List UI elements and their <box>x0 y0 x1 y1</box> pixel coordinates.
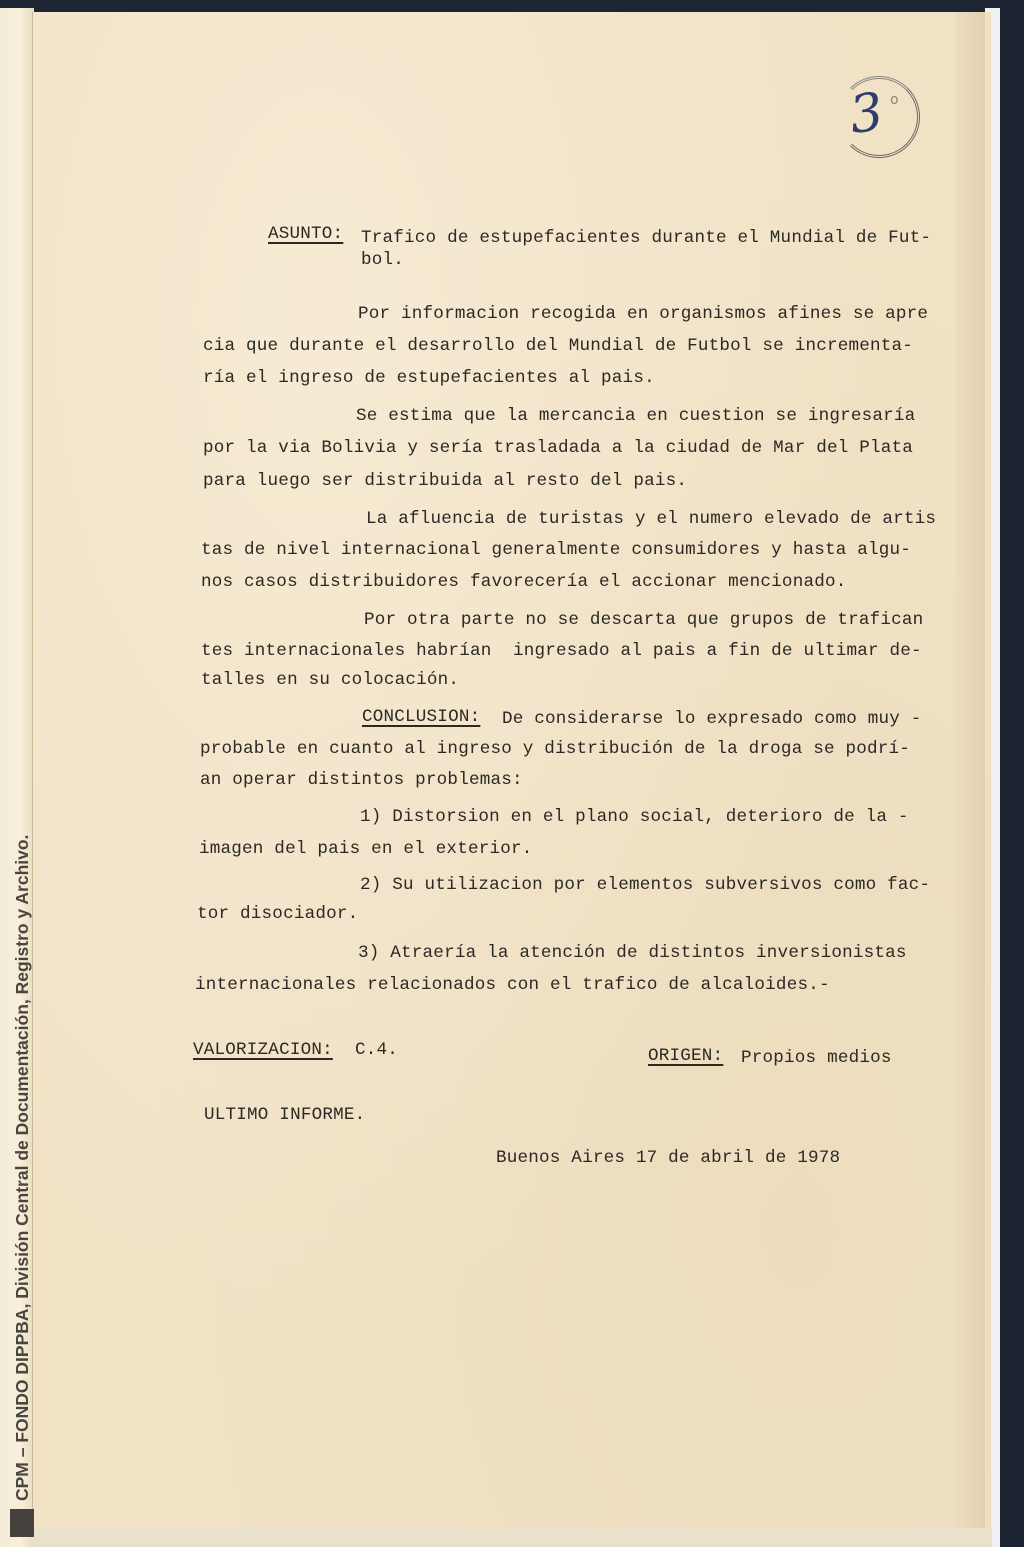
valorizacion-value: C.4. <box>355 1042 398 1060</box>
valorizacion-label: VALORIZACION: <box>193 1042 333 1060</box>
closing-note: ULTIMO INFORME. <box>204 1107 365 1125</box>
paragraph-2-line-2: por la via Bolivia y sería trasladada a … <box>203 440 913 458</box>
folio-superscript: o <box>890 92 899 108</box>
paragraph-1-line-1: Por informacion recogida en organismos a… <box>358 306 928 324</box>
origen-label: ORIGEN: <box>648 1048 723 1066</box>
place-and-date: Buenos Aires 17 de abril de 1978 <box>496 1150 840 1168</box>
conclusion-line-1: De considerarse lo expresado como muy - <box>502 711 922 729</box>
paragraph-4-line-3: talles en su colocación. <box>201 672 459 690</box>
paragraph-1-line-3: ría el ingreso de estupefacientes al pai… <box>203 370 655 388</box>
paragraph-2-line-3: para luego ser distribuida al resto del … <box>203 473 687 491</box>
conclusion-item-3-line-1: 3) Atraería la atención de distintos inv… <box>358 945 907 963</box>
paragraph-1-line-2: cia que durante el desarrollo del Mundia… <box>203 338 913 356</box>
subject-line-1: Trafico de estupefacientes durante el Mu… <box>361 230 931 248</box>
origen-value: Propios medios <box>741 1050 892 1068</box>
page-edge <box>955 12 985 1534</box>
paragraph-3-line-3: nos casos distribuidores favorecería el … <box>201 574 846 592</box>
paragraph-4-line-1: Por otra parte no se descarta que grupos… <box>364 612 923 630</box>
paragraph-4-line-2: tes internacionales habrían ingresado al… <box>201 643 922 661</box>
conclusion-line-3: an operar distintos problemas: <box>200 772 523 790</box>
conclusion-item-3-line-2: internacionales relacionados con el traf… <box>195 977 830 995</box>
conclusion-item-2-line-2: tor disociador. <box>197 906 358 924</box>
conclusion-line-2: probable en cuanto al ingreso y distribu… <box>200 741 910 759</box>
paragraph-3-line-2: tas de nivel internacional generalmente … <box>201 542 911 560</box>
conclusion-item-1-line-1: 1) Distorsion en el plano social, deteri… <box>360 809 909 827</box>
scan-background-dark <box>1000 0 1024 1547</box>
conclusion-item-1-line-2: imagen del pais en el exterior. <box>199 841 533 859</box>
conclusion-label: CONCLUSION: <box>362 709 480 727</box>
subject-label: ASUNTO: <box>268 226 343 244</box>
scan-background-bottom <box>32 1528 992 1547</box>
archive-watermark-text: CPM – FONDO DIPPBA, División Central de … <box>12 835 33 1501</box>
paragraph-3-line-1: La afluencia de turistas y el numero ele… <box>366 511 936 529</box>
archive-logo-block <box>10 1509 34 1537</box>
archive-watermark: CPM – FONDO DIPPBA, División Central de … <box>10 835 34 1537</box>
conclusion-item-2-line-1: 2) Su utilizacion por elementos subversi… <box>360 877 930 895</box>
paragraph-2-line-1: Se estima que la mercancia en cuestion s… <box>356 408 915 426</box>
subject-line-2: bol. <box>361 252 404 270</box>
